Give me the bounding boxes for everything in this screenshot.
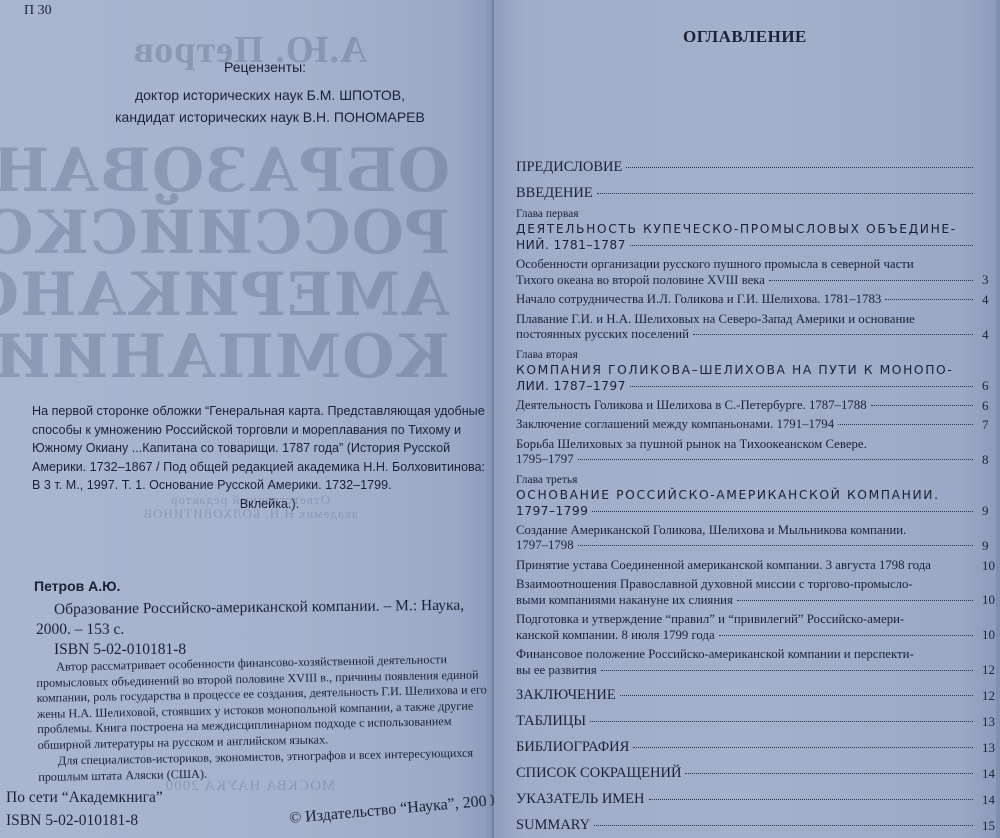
distribution-note: По сети “Академкнига” [6,789,163,807]
toc-entry-first-line: Плавание Г.И. и Н.А. Шелиховых на Северо… [516,312,973,328]
dot-leader [630,245,973,246]
toc-entry-first-line: КОМПАНИЯ ГОЛИКОВА–ШЕЛИХОВА НА ПУТИ К МОН… [516,362,973,378]
dot-leader [594,825,973,826]
toc-leader-line: Принятие устава Соединенной американской… [516,558,973,574]
toc-entry-chapter: ОСНОВАНИЕ РОССИЙСКО-АМЕРИКАНСКОЙ КОМПАНИ… [516,487,973,519]
toc-leader-line: Заключение соглашений между компаньонами… [516,417,973,433]
toc-entry-major: ЗАКЛЮЧЕНИЕ [516,686,973,704]
toc-entry-text: СПИСОК СОКРАЩЕНИЙ [516,764,685,782]
toc-entry-text: ПРЕДИСЛОВИЕ [516,158,626,176]
book-spread: П 30 А.Ю. Петров ОБРАЗОВАНИЕ РОССИЙСКО-А… [0,0,1000,838]
reviewer-1: доктор исторических наук Б.М. ШПОТОВ, [0,87,490,103]
abstract: Автор рассматривает особенности финансов… [36,651,493,785]
catalog-author: Петров А.Ю. [34,578,120,594]
dot-leader [685,773,973,774]
toc-page-number: 15 [982,818,995,834]
toc-entry-text: Принятие устава Соединенной американской… [516,558,935,574]
toc-entry-first-line: Подготовка и утверждение “правил” и “при… [516,612,973,628]
toc-leader-line: Начало сотрудничества И.Л. Голикова и Г.… [516,292,973,308]
toc-entry-chapter: КОМПАНИЯ ГОЛИКОВА–ШЕЛИХОВА НА ПУТИ К МОН… [516,362,973,394]
toc-entry-first-line: Финансовое положение Российско-американс… [516,647,973,663]
catalog-title: Образование Российско-американской компа… [54,596,494,619]
toc-page-number: 3 [982,272,989,288]
toc-entry-text: ЛИИ. 1787–1797 [516,378,630,394]
toc-leader-line: УКАЗАТЕЛЬ ИМЕН [516,790,973,808]
dot-leader [578,545,973,546]
toc-leader-line: Тихого океана во второй половине XVIII в… [516,273,973,289]
toc-item[interactable]: SUMMARY15 [516,816,1000,834]
toc-item[interactable]: ТАБЛИЦЫ13 [516,712,1000,730]
toc-entry-text: Начало сотрудничества И.Л. Голикова и Г.… [516,292,885,308]
toc-entry-first-line: ДЕЯТЕЛЬНОСТЬ КУПЕЧЕСКО-ПРОМЫСЛОВЫХ ОБЪЕД… [516,221,973,237]
toc-page-number: 10 [982,592,995,608]
toc-entry-sub: Заключение соглашений между компаньонами… [516,417,973,433]
dot-leader [597,193,973,194]
toc-page-number: 8 [982,452,989,468]
dot-leader [649,799,973,800]
dot-leader [693,334,973,335]
dot-leader [601,670,973,671]
toc-leader-line: Деятельность Голикова и Шелихова в С.-Пе… [516,398,973,414]
toc-entry-text: канской компании. 8 июля 1799 года [516,628,719,644]
toc-leader-line: БИБЛИОГРАФИЯ [516,738,973,756]
toc-leader-line: 1795–1797 [516,452,973,468]
toc-leader-line: ЛИИ. 1787–1797 [516,378,973,394]
toc-title: ОГЛАВЛЕНИЕ [683,27,807,47]
toc-entry-major: ПРЕДИСЛОВИЕ [516,158,973,176]
dot-leader [578,459,973,460]
toc-item[interactable]: Деятельность Голикова и Шелихова в С.-Пе… [516,398,1000,414]
toc-page-number: 14 [982,792,995,808]
toc-entry-major: СПИСОК СОКРАЩЕНИЙ [516,764,973,782]
toc-item: Глава третья [516,474,1000,487]
toc-item[interactable]: Заключение соглашений между компаньонами… [516,417,1000,433]
toc-item[interactable]: ЗАКЛЮЧЕНИЕ12 [516,686,1000,704]
toc-page-number: 12 [982,688,995,704]
reviewer-2: кандидат исторических наук В.Н. ПОНОМАРЕ… [0,109,490,125]
toc-item[interactable]: УКАЗАТЕЛЬ ИМЕН14 [516,790,1000,808]
toc-entry-text: ЗАКЛЮЧЕНИЕ [516,686,620,704]
catalog-year-pages: 2000. – 153 с. [36,621,124,639]
toc-page-number: 9 [982,503,989,519]
toc-page-number: 13 [982,740,995,756]
toc-entry-major: УКАЗАТЕЛЬ ИМЕН [516,790,973,808]
toc-entry-major: ВВЕДЕНИЕ [516,184,973,202]
toc-item[interactable]: Подготовка и утверждение “правил” и “при… [516,612,1000,643]
toc-entry-text: БИБЛИОГРАФИЯ [516,738,633,756]
toc-entry-text: выми компаниями накануне их слияния [516,593,737,609]
toc-item[interactable]: Создание Американской Голикова, Шелихова… [516,523,1000,554]
dot-leader [769,280,973,281]
toc-item: Глава вторая [516,349,1000,362]
toc-entry-text: вы ее развития [516,663,601,679]
toc-entry-first-line: ОСНОВАНИЕ РОССИЙСКО-АМЕРИКАНСКОЙ КОМПАНИ… [516,487,973,503]
toc-entry-sub: Плавание Г.И. и Н.А. Шелиховых на Северо… [516,312,973,343]
dot-leader [626,167,973,168]
toc-entry-major: ТАБЛИЦЫ [516,712,973,730]
chapter-label: Глава первая [516,208,1000,221]
toc-page-number: 10 [982,627,995,643]
dot-leader [630,386,973,387]
toc-page-number: 7 [982,417,989,433]
copyright: © Издательство “Наука”, 2000 [288,792,494,828]
toc-leader-line: ЗАКЛЮЧЕНИЕ [516,686,973,704]
toc-leader-line: СПИСОК СОКРАЩЕНИЙ [516,764,973,782]
cover-note: На первой сторонке обложки “Генеральная … [32,402,487,513]
toc-entry-first-line: Создание Американской Голикова, Шелихова… [516,523,973,539]
toc-leader-line: НИЙ. 1781–1787 [516,237,973,253]
toc-item[interactable]: Финансовое положение Российско-американс… [516,647,1000,678]
toc-item: Глава первая [516,208,1000,221]
toc-page-number: 4 [982,292,989,308]
toc-leader-line: вы ее развития [516,663,973,679]
dot-leader [592,511,973,512]
toc-entry-sub: Финансовое положение Российско-американс… [516,647,973,678]
toc-page-number: 12 [982,662,995,678]
toc-entry-chapter: ДЕЯТЕЛЬНОСТЬ КУПЕЧЕСКО-ПРОМЫСЛОВЫХ ОБЪЕД… [516,221,973,253]
dot-leader [620,695,973,696]
dot-leader [590,721,973,722]
table-of-contents: ПРЕДИСЛОВИЕВВЕДЕНИЕГлава перваяДЕЯТЕЛЬНО… [516,150,1000,834]
toc-leader-line: выми компаниями накануне их слияния [516,593,973,609]
toc-page-number: 14 [982,766,995,782]
dot-leader [737,600,973,601]
toc-entry-text: ВВЕДЕНИЕ [516,184,597,202]
toc-entry-text: УКАЗАТЕЛЬ ИМЕН [516,790,649,808]
toc-entry-text: 1797–1799 [516,503,592,519]
toc-page-number: 6 [982,398,989,414]
reviewers-label: Рецензенты: [0,59,490,75]
toc-leader-line: 1797–1799 [516,503,973,519]
toc-entry-text: Тихого океана во второй половине XVIII в… [516,273,769,289]
toc-item[interactable]: Борьба Шелиховых за пушной рынок на Тихо… [516,437,1000,468]
left-page: П 30 А.Ю. Петров ОБРАЗОВАНИЕ РОССИЙСКО-А… [0,0,494,838]
toc-page-number: 10 [982,558,995,574]
toc-entry-sub: Деятельность Голикова и Шелихова в С.-Пе… [516,398,973,414]
toc-page-number: 13 [982,714,995,730]
toc-entry-major: БИБЛИОГРАФИЯ [516,738,973,756]
toc-leader-line: 1797–1798 [516,538,973,554]
toc-entry-text: Заключение соглашений между компаньонами… [516,417,838,433]
toc-item[interactable]: Начало сотрудничества И.Л. Голикова и Г.… [516,292,1000,308]
toc-leader-line: ВВЕДЕНИЕ [516,184,973,202]
chapter-label: Глава вторая [516,349,1000,362]
toc-item[interactable]: ОСНОВАНИЕ РОССИЙСКО-АМЕРИКАНСКОЙ КОМПАНИ… [516,487,1000,519]
toc-entry-text: НИЙ. 1781–1787 [516,237,630,253]
dot-leader [871,405,973,406]
toc-page-number: 9 [982,538,989,554]
toc-item[interactable]: ВВЕДЕНИЕ [516,184,1000,202]
toc-item[interactable]: Принятие устава Соединенной американской… [516,558,1000,574]
dot-leader [633,747,973,748]
isbn-bottom: ISBN 5-02-010181-8 [6,812,138,830]
toc-entry-first-line: Борьба Шелиховых за пушной рынок на Тихо… [516,437,973,453]
toc-entry-sub: Создание Американской Голикова, Шелихова… [516,523,973,554]
catalog-code: П 30 [24,3,52,19]
toc-entry-text: ТАБЛИЦЫ [516,712,590,730]
toc-entry-text: SUMMARY [516,816,594,834]
chapter-label: Глава третья [516,474,1000,487]
toc-item[interactable]: Взаимоотношения Православной духовной ми… [516,577,1000,608]
toc-entry-major: SUMMARY [516,816,973,834]
toc-item[interactable]: ДЕЯТЕЛЬНОСТЬ КУПЕЧЕСКО-ПРОМЫСЛОВЫХ ОБЪЕД… [516,221,1000,253]
toc-entry-sub: Подготовка и утверждение “правил” и “при… [516,612,973,643]
toc-entry-text: постоянных русских поселений [516,327,693,343]
toc-page-number: 4 [982,327,989,343]
dot-leader [719,635,973,636]
toc-leader-line: канской компании. 8 июля 1799 года [516,628,973,644]
toc-entry-text: 1797–1798 [516,538,578,554]
toc-entry-text: Деятельность Голикова и Шелихова в С.-Пе… [516,398,871,414]
toc-entry-sub: Взаимоотношения Православной духовной ми… [516,577,973,608]
toc-item[interactable]: Особенности организации русского пушного… [516,257,1000,288]
toc-leader-line: ПРЕДИСЛОВИЕ [516,158,973,176]
toc-leader-line: ТАБЛИЦЫ [516,712,973,730]
toc-entry-first-line: Взаимоотношения Православной духовной ми… [516,577,973,593]
toc-item[interactable]: Плавание Г.И. и Н.А. Шелиховых на Северо… [516,312,1000,343]
toc-entry-sub: Борьба Шелиховых за пушной рынок на Тихо… [516,437,973,468]
toc-entry-sub: Принятие устава Соединенной американской… [516,558,973,574]
toc-item[interactable]: СПИСОК СОКРАЩЕНИЙ14 [516,764,1000,782]
toc-item[interactable]: БИБЛИОГРАФИЯ13 [516,738,1000,756]
bleed-through-title: ОБРАЗОВАНИЕ РОССИЙСКО-АМЕРИКАНСКОЙ КОМПА… [60,140,450,388]
toc-leader-line: SUMMARY [516,816,973,834]
toc-leader-line: постоянных русских поселений [516,327,973,343]
dot-leader [838,424,973,425]
toc-entry-sub: Особенности организации русского пушного… [516,257,973,288]
toc-page-number: 6 [982,378,989,394]
toc-entry-first-line: Особенности организации русского пушного… [516,257,973,273]
toc-entry-sub: Начало сотрудничества И.Л. Голикова и Г.… [516,292,973,308]
toc-entry-text: 1795–1797 [516,452,578,468]
toc-item[interactable]: КОМПАНИЯ ГОЛИКОВА–ШЕЛИХОВА НА ПУТИ К МОН… [516,362,1000,394]
catalog-isbn: ISBN 5-02-010181-8 [54,641,186,659]
toc-item[interactable]: ПРЕДИСЛОВИЕ [516,158,1000,176]
dot-leader [885,299,973,300]
